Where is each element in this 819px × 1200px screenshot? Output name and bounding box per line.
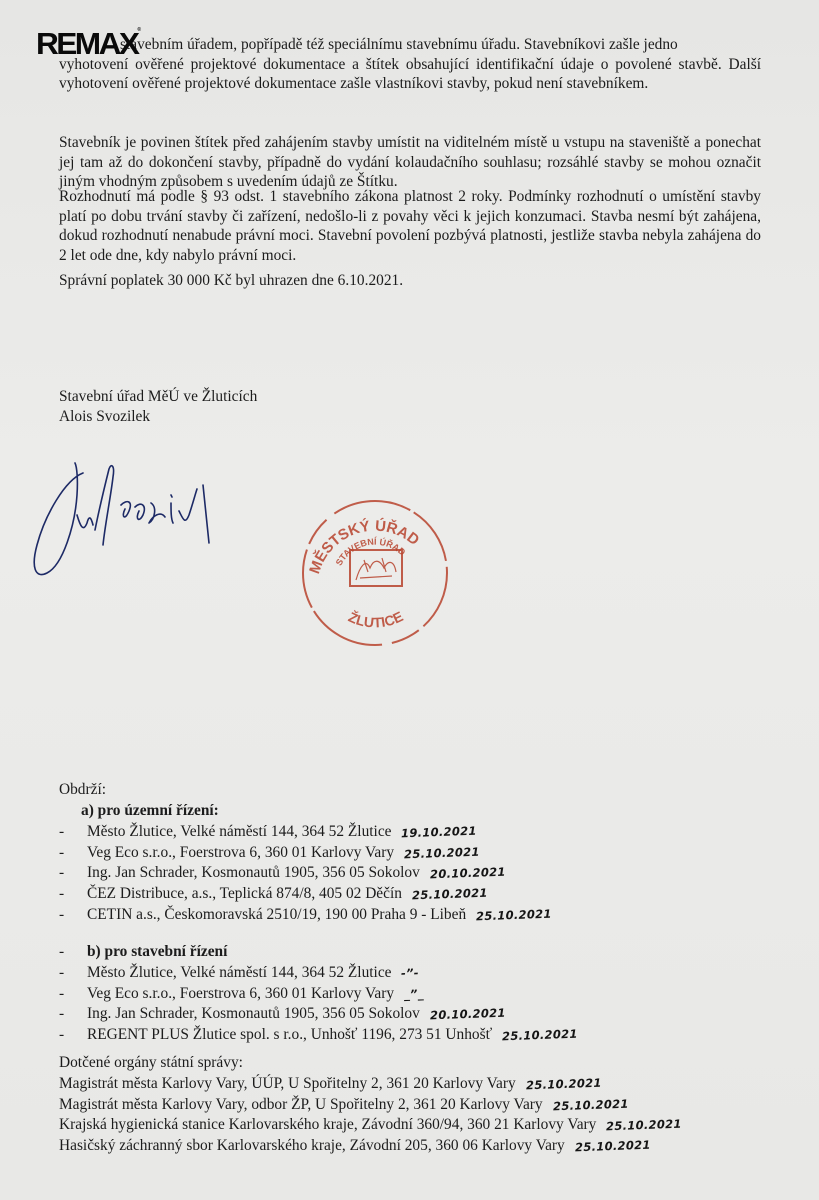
recipient-text: Veg Eco s.r.o., Foerstrova 6, 360 01 Kar…	[87, 985, 394, 1002]
paragraph-validity: Rozhodnutí má podle § 93 odst. 1 stavebn…	[59, 187, 761, 265]
logo-text: REMAX	[36, 26, 137, 61]
group-b-title: b) pro stavební řízení	[87, 942, 227, 963]
authority-items: Magistrát města Karlovy Vary, ÚÚP, U Spo…	[59, 1074, 682, 1157]
list-dash: -	[59, 963, 69, 984]
recipient-address: ČEZ Distribuce, a.s., Teplická 874/8, 40…	[87, 884, 488, 905]
handwritten-signature-icon	[25, 455, 245, 585]
list-dash: -	[59, 843, 69, 864]
official-stamp-icon: MĚSTSKÝ ÚŘAD STAVEBNÍ ÚŘAD ŽLUTICE	[290, 488, 460, 658]
group-a-title: a) pro územní řízení:	[81, 801, 219, 822]
list-item: Krajská hygienická stanice Karlovarského…	[59, 1115, 682, 1136]
handwritten-delivery-date: 25.10.2021	[552, 1093, 628, 1116]
handwritten-delivery-date: -”-	[401, 962, 420, 983]
list-dash: -	[59, 863, 69, 884]
handwritten-delivery-date: 25.10.2021	[412, 883, 488, 906]
recipient-address: CETIN a.s., Českomoravská 2510/19, 190 0…	[87, 905, 552, 926]
handwritten-delivery-date: 20.10.2021	[429, 862, 505, 885]
list-dash: -	[59, 1004, 69, 1025]
handwritten-delivery-date: 25.10.2021	[574, 1135, 650, 1158]
handwritten-delivery-date: _”_	[404, 983, 425, 1004]
svg-text:ŽLUTICE: ŽLUTICE	[346, 608, 405, 631]
list-item: Magistrát města Karlovy Vary, ÚÚP, U Spo…	[59, 1074, 682, 1095]
recipient-text: Hasičský záchranný sbor Karlovarského kr…	[59, 1137, 565, 1154]
handwritten-delivery-date: 25.10.2021	[476, 904, 552, 927]
paragraph-continuation: vyhotovení ověřené projektové dokumentac…	[59, 55, 761, 94]
authorities-list: Dotčené orgány státní správy: Magistrát …	[59, 1053, 682, 1157]
signatory-name: Alois Svozilek	[59, 407, 257, 427]
recipient-address: Město Žlutice, Velké náměstí 144, 364 52…	[87, 963, 419, 984]
paragraph-first-line: stavebním úřadem, popřípadě též speciáln…	[59, 35, 761, 55]
recipient-address: Město Žlutice, Velké náměstí 144, 364 52…	[87, 822, 477, 843]
signatory-block: Stavební úřad MěÚ ve Žluticích Alois Svo…	[59, 387, 257, 426]
recipient-text: Magistrát města Karlovy Vary, odbor ŽP, …	[59, 1096, 543, 1113]
list-dash: -	[59, 984, 69, 1005]
list-dash: -	[59, 822, 69, 843]
recipient-text: Veg Eco s.r.o., Foerstrova 6, 360 01 Kar…	[87, 844, 394, 861]
recipient-text: ČEZ Distribuce, a.s., Teplická 874/8, 40…	[87, 885, 402, 902]
recipients-heading: Obdrží:	[59, 780, 106, 801]
handwritten-delivery-date: 19.10.2021	[401, 820, 477, 843]
recipient-address: Veg Eco s.r.o., Foerstrova 6, 360 01 Kar…	[87, 984, 424, 1005]
paragraph-site-label: Stavebník je povinen štítek před zahájen…	[59, 133, 761, 192]
recipient-text: Ing. Jan Schrader, Kosmonautů 1905, 356 …	[87, 1005, 420, 1022]
recipient-address: Ing. Jan Schrader, Kosmonautů 1905, 356 …	[87, 1004, 506, 1025]
recipient-text: CETIN a.s., Českomoravská 2510/19, 190 0…	[87, 906, 466, 923]
handwritten-delivery-date: 25.10.2021	[404, 841, 480, 864]
document-page: stavebním úřadem, popřípadě též speciáln…	[0, 0, 819, 1200]
recipient-address: Krajská hygienická stanice Karlovarského…	[59, 1116, 682, 1133]
handwritten-delivery-date: 25.10.2021	[525, 1072, 601, 1095]
recipient-address: Magistrát města Karlovy Vary, odbor ŽP, …	[59, 1096, 628, 1113]
list-dash: -	[59, 1025, 69, 1046]
list-dash: -	[59, 942, 69, 963]
list-dash: -	[59, 884, 69, 905]
logo-trademark: ®	[137, 27, 141, 33]
authorities-heading: Dotčené orgány státní správy:	[59, 1053, 682, 1074]
recipient-text: Ing. Jan Schrader, Kosmonautů 1905, 356 …	[87, 864, 420, 881]
paragraph-distribution: stavebním úřadem, popřípadě též speciáln…	[59, 35, 761, 94]
signatory-office: Stavební úřad MěÚ ve Žluticích	[59, 387, 257, 407]
recipient-text: Město Žlutice, Velké náměstí 144, 364 52…	[87, 964, 391, 981]
recipient-address: REGENT PLUS Žlutice spol. s r.o., Unhošť…	[87, 1025, 578, 1046]
list-item: Magistrát města Karlovy Vary, odbor ŽP, …	[59, 1095, 682, 1116]
recipient-address: Ing. Jan Schrader, Kosmonautů 1905, 356 …	[87, 863, 506, 884]
recipient-address: Hasičský záchranný sbor Karlovarského kr…	[59, 1137, 651, 1154]
handwritten-delivery-date: 25.10.2021	[502, 1024, 578, 1047]
remax-watermark-logo: REMAX®	[36, 28, 141, 59]
recipient-text: REGENT PLUS Žlutice spol. s r.o., Unhošť…	[87, 1026, 492, 1043]
handwritten-delivery-date: 20.10.2021	[429, 1003, 505, 1026]
recipient-text: Město Žlutice, Velké náměstí 144, 364 52…	[87, 823, 391, 840]
recipient-text: Krajská hygienická stanice Karlovarského…	[59, 1116, 596, 1133]
recipient-address: Veg Eco s.r.o., Foerstrova 6, 360 01 Kar…	[87, 843, 480, 864]
paragraph-fee: Správní poplatek 30 000 Kč byl uhrazen d…	[59, 271, 761, 291]
list-item: Hasičský záchranný sbor Karlovarského kr…	[59, 1136, 682, 1157]
recipient-text: Magistrát města Karlovy Vary, ÚÚP, U Spo…	[59, 1075, 516, 1092]
list-dash: -	[59, 905, 69, 926]
recipient-address: Magistrát města Karlovy Vary, ÚÚP, U Spo…	[59, 1075, 601, 1092]
